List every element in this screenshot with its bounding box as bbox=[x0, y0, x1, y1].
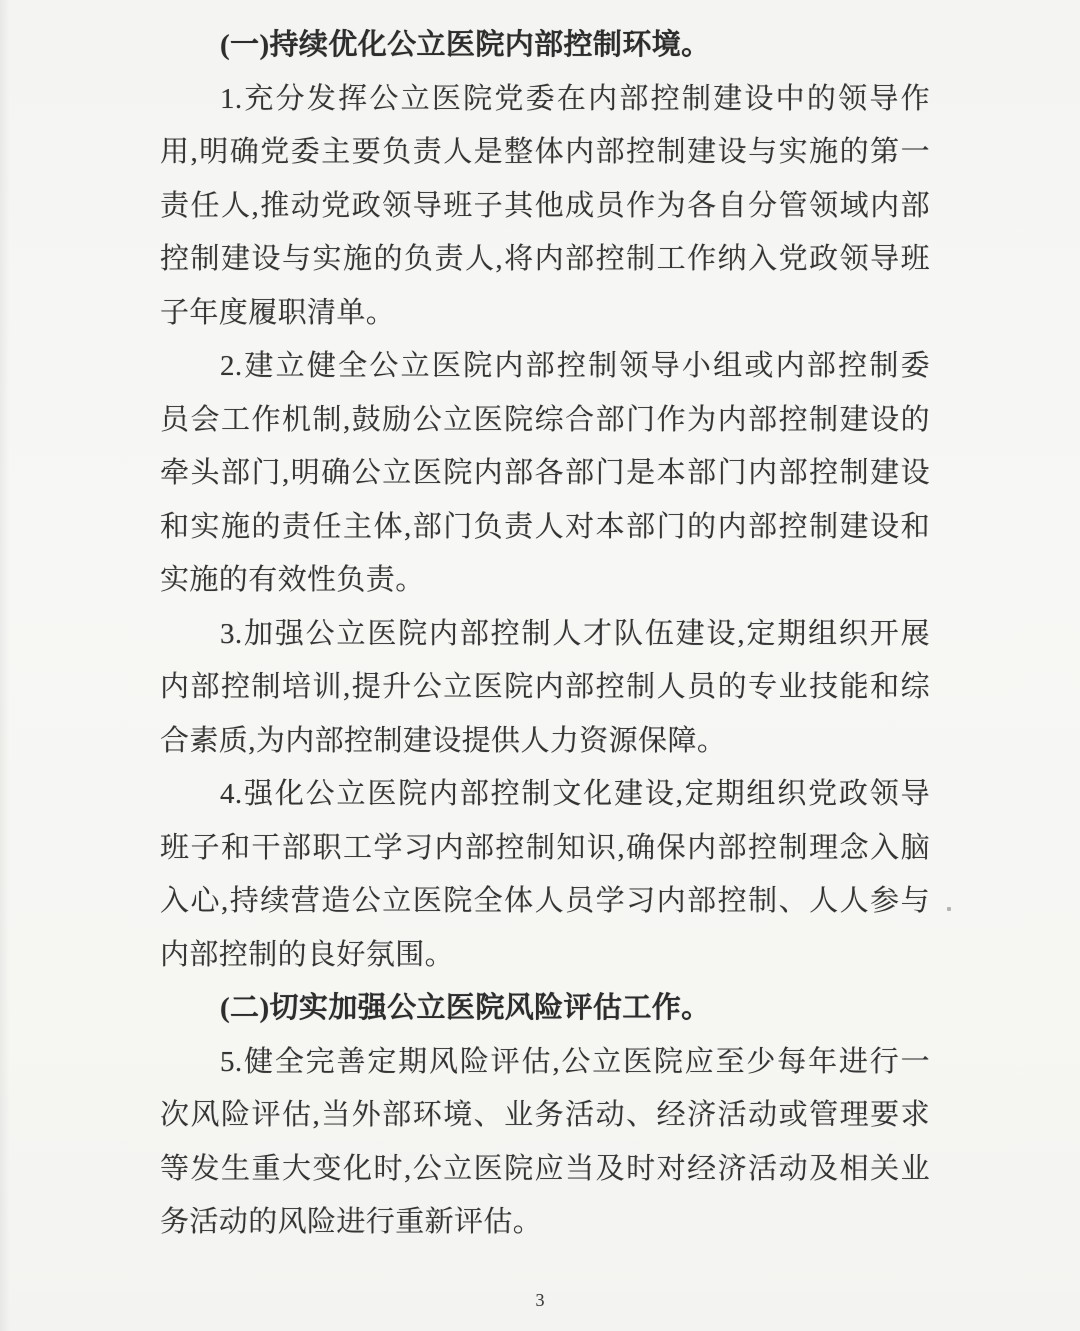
paragraph-3: 3.加强公立医院内部控制人才队伍建设,定期组织开展内部控制培训,提升公立医院内部… bbox=[160, 608, 930, 769]
text-line: 1.充分发挥公立医院党委在内部控制建设中的领导作 bbox=[160, 73, 930, 127]
text-line: 内部控制的良好氛围。 bbox=[160, 929, 930, 983]
paragraph-5: 5.健全完善定期风险评估,公立医院应至少每年进行一次风险评估,当外部环境、业务活… bbox=[160, 1036, 930, 1250]
paragraph-2: 2.建立健全公立医院内部控制领导小组或内部控制委员会工作机制,鼓励公立医院综合部… bbox=[160, 340, 930, 608]
text-line: 2.建立健全公立医院内部控制领导小组或内部控制委 bbox=[160, 340, 930, 394]
text-line: 用,明确党委主要负责人是整体内部控制建设与实施的第一 bbox=[160, 126, 930, 180]
text-line: 务活动的风险进行重新评估。 bbox=[160, 1196, 930, 1250]
text-line: 内部控制培训,提升公立医院内部控制人员的专业技能和综 bbox=[160, 661, 930, 715]
text-line: 责任人,推动党政领导班子其他成员作为各自分管领域内部 bbox=[160, 180, 930, 234]
paragraph-4: 4.强化公立医院内部控制文化建设,定期组织党政领导班子和干部职工学习内部控制知识… bbox=[160, 768, 930, 982]
text-line: 子年度履职清单。 bbox=[160, 287, 930, 341]
text-line: (二)切实加强公立医院风险评估工作。 bbox=[160, 982, 930, 1036]
page-number: 3 bbox=[536, 1290, 545, 1310]
paragraph-1: 1.充分发挥公立医院党委在内部控制建设中的领导作用,明确党委主要负责人是整体内部… bbox=[160, 73, 930, 341]
text-line: (一)持续优化公立医院内部控制环境。 bbox=[160, 19, 930, 73]
document-body: (一)持续优化公立医院内部控制环境。1.充分发挥公立医院党委在内部控制建设中的领… bbox=[160, 19, 930, 1250]
text-line: 合素质,为内部控制建设提供人力资源保障。 bbox=[160, 715, 930, 769]
text-line: 入心,持续营造公立医院全体人员学习内部控制、人人参与 bbox=[160, 875, 930, 929]
text-line: 次风险评估,当外部环境、业务活动、经济活动或管理要求 bbox=[160, 1089, 930, 1143]
text-line: 等发生重大变化时,公立医院应当及时对经济活动及相关业 bbox=[160, 1143, 930, 1197]
text-line: 4.强化公立医院内部控制文化建设,定期组织党政领导 bbox=[160, 768, 930, 822]
text-line: 员会工作机制,鼓励公立医院综合部门作为内部控制建设的 bbox=[160, 394, 930, 448]
text-line: 牵头部门,明确公立医院内部各部门是本部门内部控制建设 bbox=[160, 447, 930, 501]
text-line: 和实施的责任主体,部门负责人对本部门的内部控制建设和 bbox=[160, 501, 930, 555]
scan-artifact bbox=[947, 907, 951, 911]
text-line: 实施的有效性负责。 bbox=[160, 554, 930, 608]
document-page: (一)持续优化公立医院内部控制环境。1.充分发挥公立医院党委在内部控制建设中的领… bbox=[0, 0, 1080, 1331]
text-line: 5.健全完善定期风险评估,公立医院应至少每年进行一 bbox=[160, 1036, 930, 1090]
section-heading-1: (一)持续优化公立医院内部控制环境。 bbox=[160, 19, 930, 73]
text-line: 班子和干部职工学习内部控制知识,确保内部控制理念入脑 bbox=[160, 822, 930, 876]
text-line: 控制建设与实施的负责人,将内部控制工作纳入党政领导班 bbox=[160, 233, 930, 287]
text-line: 3.加强公立医院内部控制人才队伍建设,定期组织开展 bbox=[160, 608, 930, 662]
section-heading-2: (二)切实加强公立医院风险评估工作。 bbox=[160, 982, 930, 1036]
